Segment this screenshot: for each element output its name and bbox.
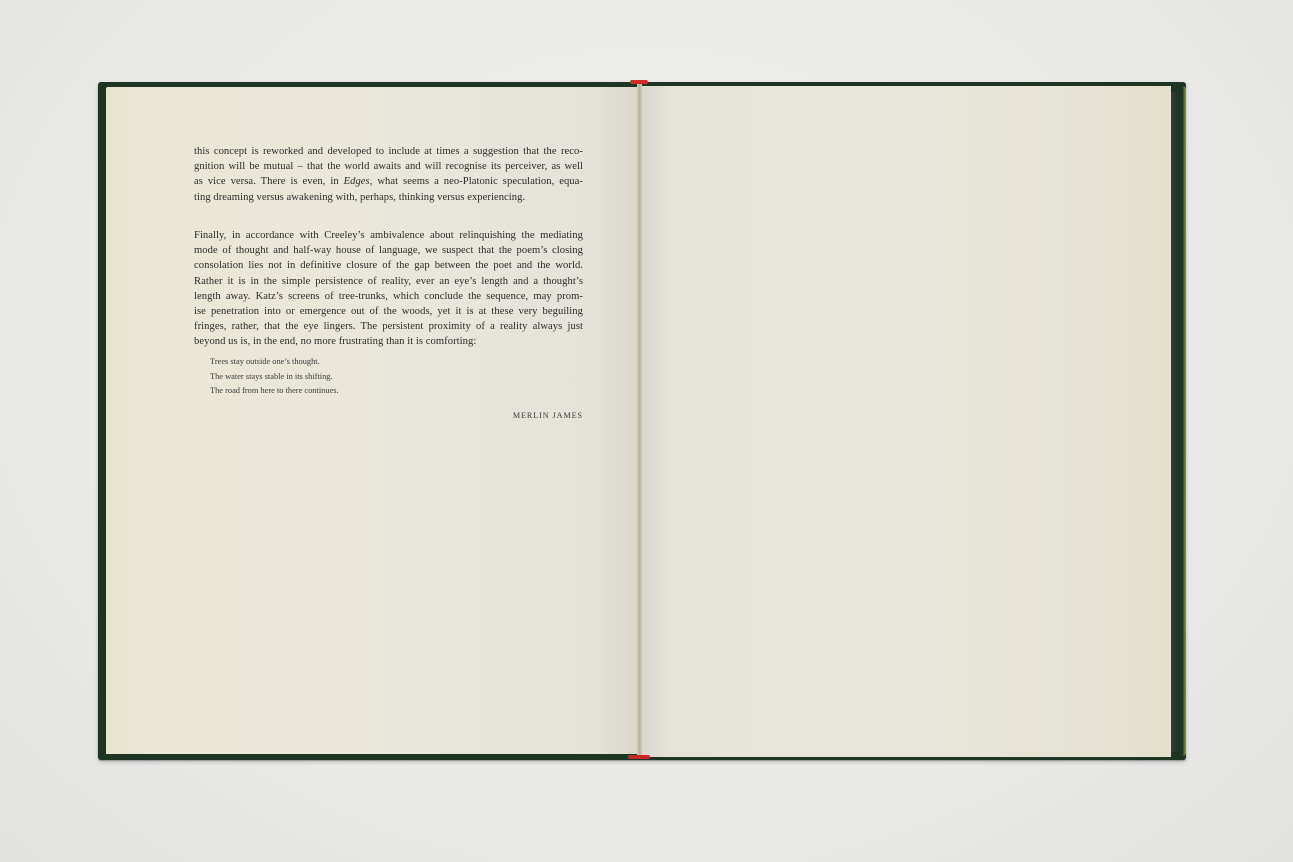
text-line: ting dreaming versus awakening with, per… xyxy=(194,190,583,205)
title-italic-edges: Edges, xyxy=(344,176,373,187)
text-line: fringes, rather, that the eye lingers. T… xyxy=(194,319,583,334)
verse-quote: Trees stay outside one’s thought. The wa… xyxy=(210,355,339,399)
text-line: gnition will be mutual – that the world … xyxy=(194,159,583,174)
text-line: beyond us is, in the end, no more frustr… xyxy=(194,334,583,349)
verse-line: The road from here to there continues. xyxy=(210,384,339,399)
book-gutter xyxy=(637,84,642,758)
text-line: ise penetration into or emergence out of… xyxy=(194,304,583,319)
verse-line: The water stays stable in its shifting. xyxy=(210,370,339,385)
paragraph-2: Finally, in accordance with Creeley’s am… xyxy=(194,228,583,350)
text-line: Rather it is in the simple persistence o… xyxy=(194,274,583,289)
verse-line: Trees stay outside one’s thought. xyxy=(210,355,339,370)
text-line: consolation lies not in definitive closu… xyxy=(194,258,583,273)
cover-edge xyxy=(1183,86,1186,756)
right-page-edge xyxy=(1171,92,1179,752)
text-line: length away. Katz’s screens of tree-trun… xyxy=(194,289,583,304)
author-signature: MERLIN JAMES xyxy=(440,411,583,420)
headband-bottom xyxy=(628,755,650,759)
text-line: mode of thought and half-way house of la… xyxy=(194,243,583,258)
text-line: Finally, in accordance with Creeley’s am… xyxy=(194,228,583,243)
right-page-blank xyxy=(641,86,1171,757)
paragraph-1: this concept is reworked and developed t… xyxy=(194,144,583,205)
text-line: this concept is reworked and developed t… xyxy=(194,144,583,159)
headband-top xyxy=(630,80,648,84)
text-line: as vice versa. There is even, in Edges, … xyxy=(194,174,583,189)
